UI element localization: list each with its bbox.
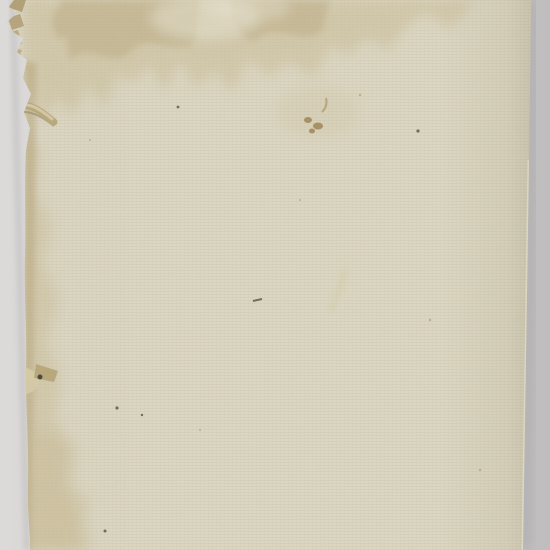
faint-stain-halo bbox=[276, 86, 360, 138]
speck bbox=[299, 199, 301, 201]
fore-edge-shading bbox=[440, 0, 532, 550]
brown-mark bbox=[309, 129, 315, 134]
speck bbox=[199, 429, 201, 431]
speck bbox=[115, 406, 118, 409]
brown-mark bbox=[313, 123, 323, 130]
tie-lower-hole bbox=[38, 375, 43, 380]
speck bbox=[359, 94, 361, 96]
speck bbox=[89, 139, 91, 141]
speck bbox=[479, 469, 481, 471]
speck bbox=[141, 414, 143, 416]
speck bbox=[104, 530, 107, 533]
book-cover-photo-svg: Photograph of the front cover of an anti… bbox=[0, 0, 550, 550]
speck bbox=[416, 129, 419, 132]
brown-mark bbox=[304, 117, 312, 123]
speck bbox=[177, 106, 180, 109]
cover-surface-details bbox=[0, 0, 550, 550]
book-cover-photo: Photograph of the front cover of an anti… bbox=[0, 0, 550, 550]
stain-spot bbox=[53, 6, 71, 38]
speck bbox=[429, 319, 431, 321]
